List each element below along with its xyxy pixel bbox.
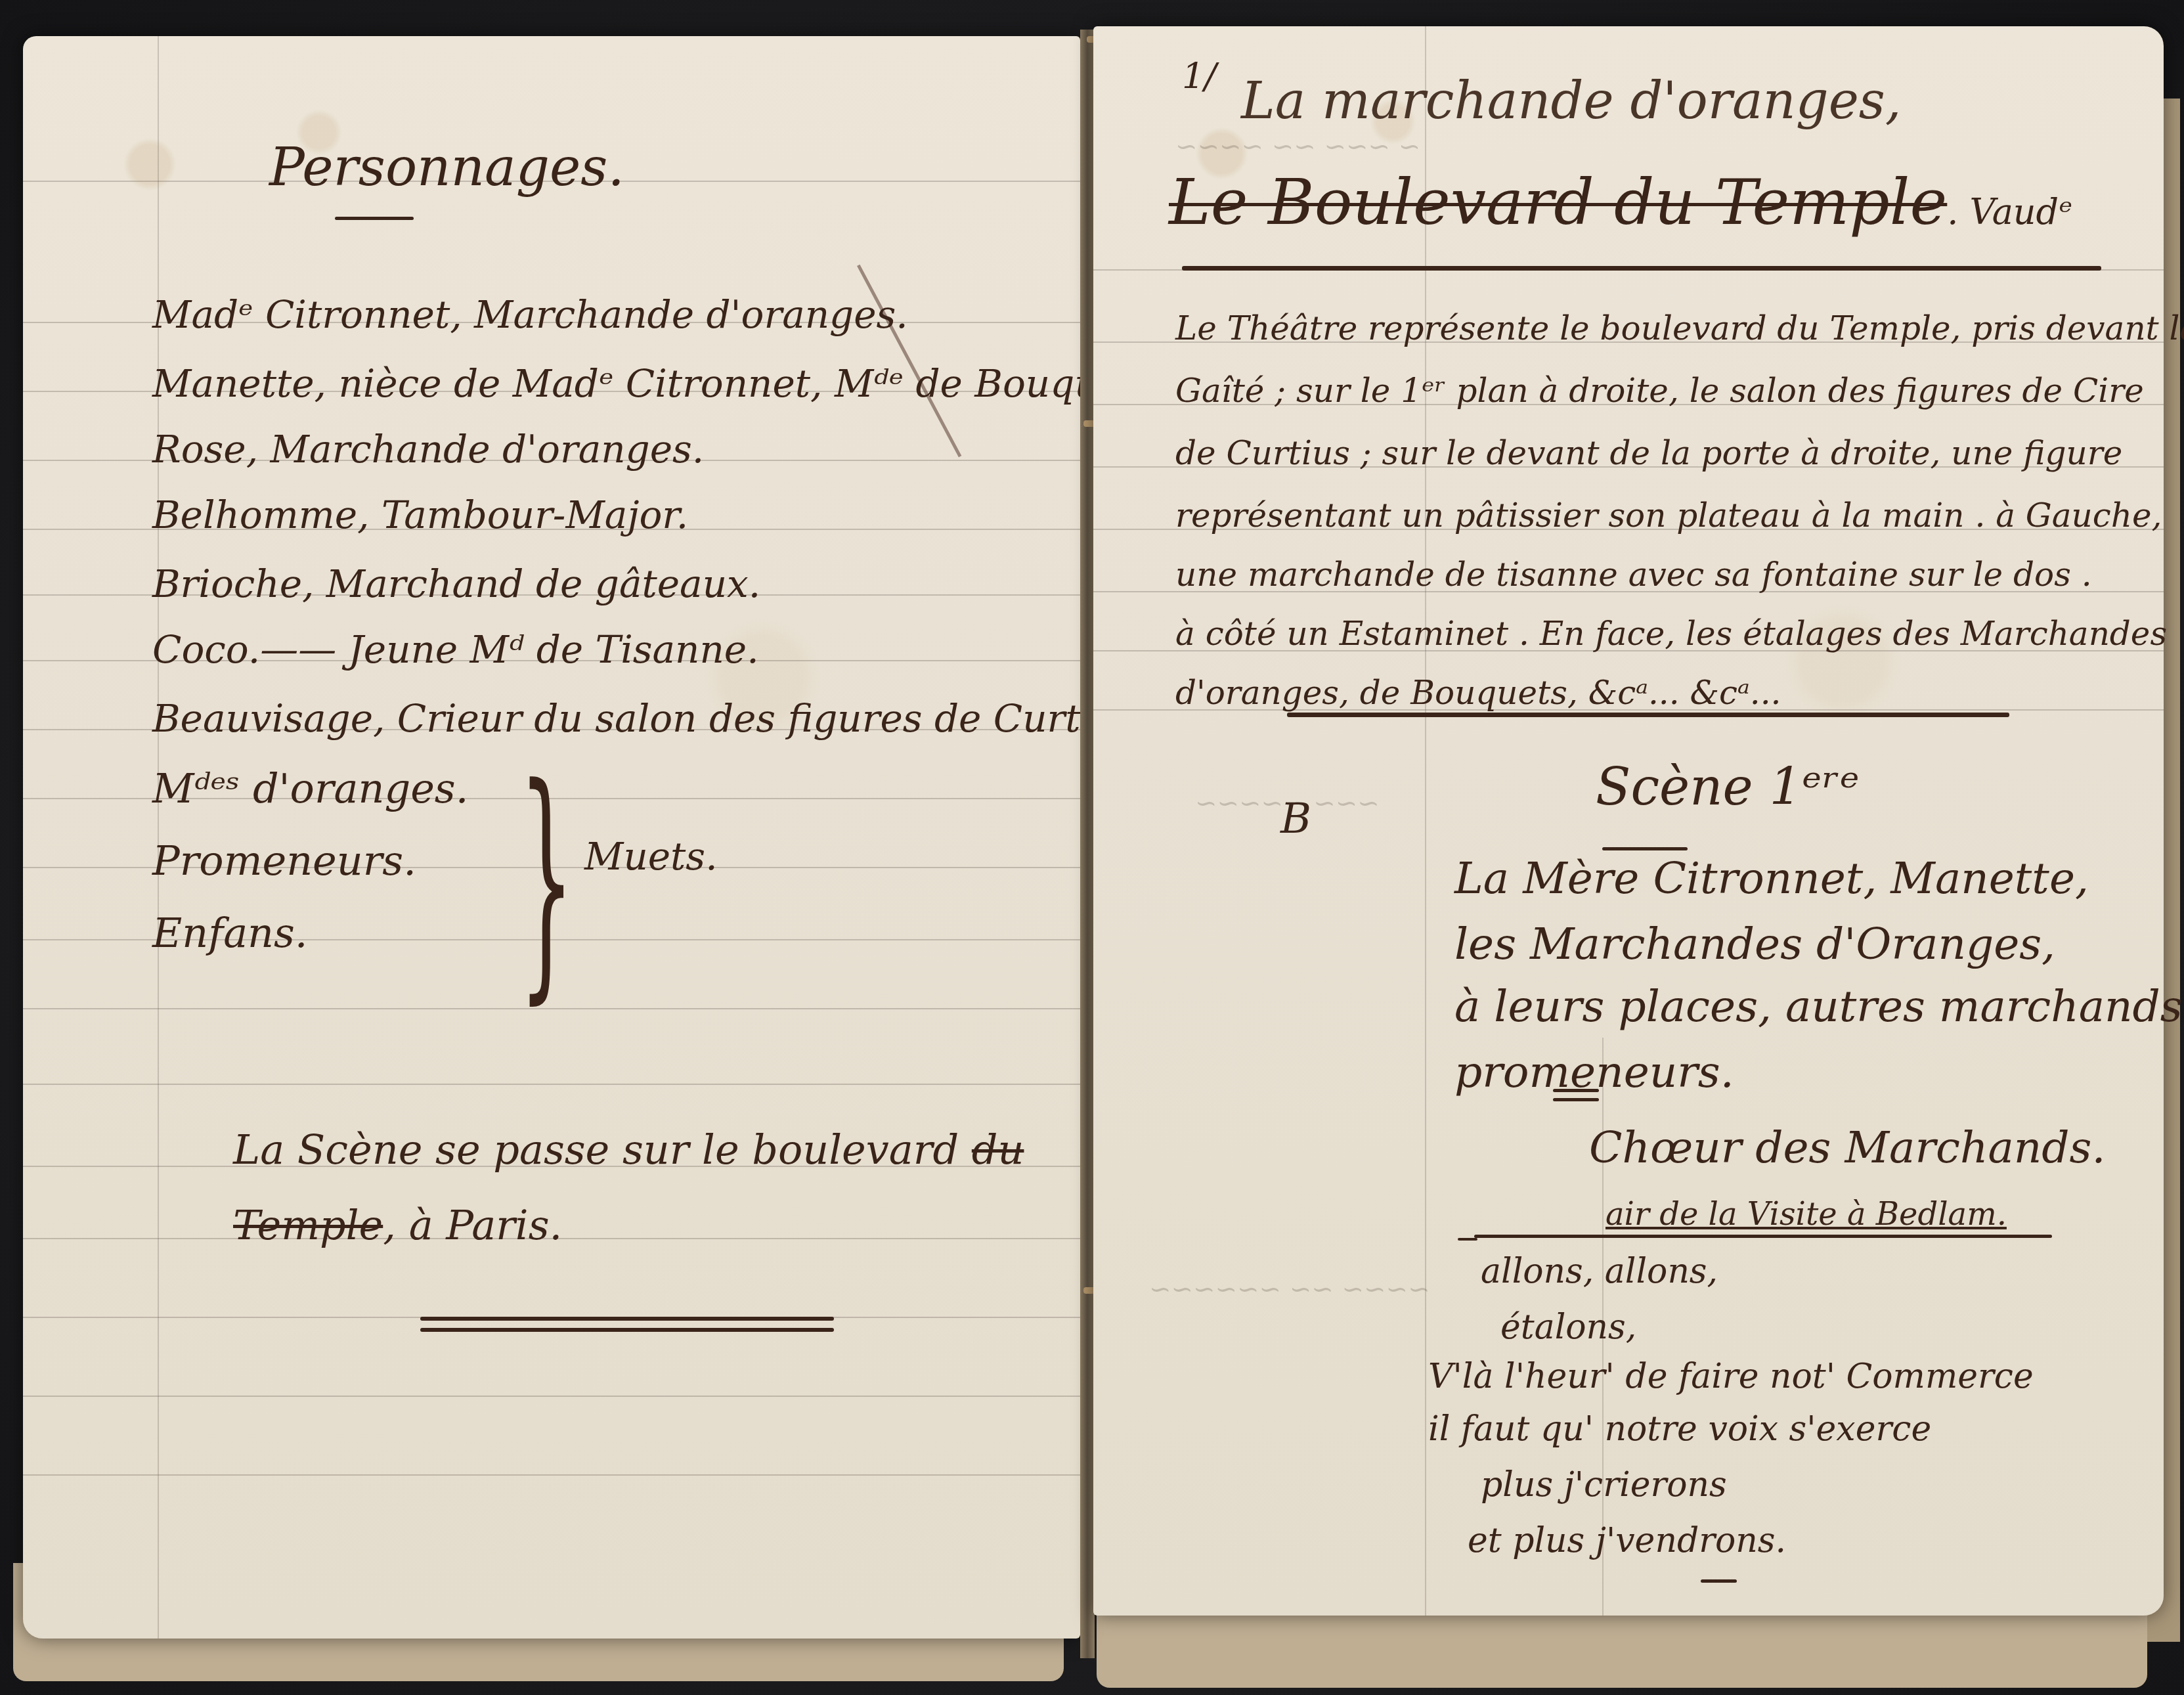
- mute-item: Promeneurs.: [152, 841, 416, 881]
- genre-label: . Vaudᵉ: [1947, 191, 2072, 232]
- lyric-line: et plus j'vendrons.: [1468, 1524, 1786, 1558]
- setting-note-line2: Temple, à Paris.: [233, 1205, 562, 1246]
- tune-indication: air de la Visite à Bedlam.: [1605, 1199, 2007, 1230]
- mute-item: Enfans.: [152, 913, 308, 954]
- tune-rule: [1474, 1235, 2052, 1238]
- folio-mark: 1/: [1182, 59, 1217, 95]
- double-rule-top: [420, 1317, 834, 1321]
- struck-word: du: [972, 1126, 1024, 1174]
- lyric-line: V'là l'heur' de faire not' Commerce: [1428, 1359, 2034, 1394]
- book-gutter: [1080, 30, 1095, 1658]
- grouping-brace: }: [519, 755, 575, 1005]
- mute-item: Mᵈᵉˢ d'oranges.: [152, 768, 468, 809]
- scene-cast-line: La Mère Citronnet, Manette,: [1454, 857, 2089, 900]
- mute-label: Muets.: [584, 837, 718, 875]
- double-dash-top: [1553, 1089, 1599, 1092]
- margin-line: [1425, 26, 1426, 1616]
- cast-entry: Rose, Marchande d'oranges.: [152, 430, 704, 468]
- setting-note: La Scène se passe sur le boulevard du: [233, 1130, 1024, 1170]
- character-role: , Crieur du salon des figures de Curtius…: [373, 696, 1149, 741]
- character-name: Madᵉ Citronnet: [152, 292, 450, 337]
- cast-entry: Coco.—— Jeune Mᵈ de Tisanne.: [152, 630, 759, 669]
- cast-entry: Beauvisage, Crieur du salon des figures …: [152, 699, 1149, 737]
- cast-heading: Personnages.: [269, 141, 624, 194]
- struck-title: Le Boulevard du Temple: [1169, 165, 1947, 239]
- manuscript-photo: Personnages. Madᵉ Citronnet, Marchande d…: [0, 0, 2184, 1695]
- cast-entry: Madᵉ Citronnet, Marchande d'oranges.: [152, 296, 908, 334]
- setting-text: La Scène se passe sur le boulevard: [233, 1126, 959, 1174]
- lyric-line: il faut qu' notre voix s'exerce: [1428, 1412, 1931, 1446]
- cast-entry: Brioche, Marchand de gâteaux.: [152, 565, 760, 603]
- ruled-line: [23, 1396, 1080, 1397]
- lyric-line: allons, allons,: [1481, 1254, 1718, 1288]
- ink-bleed-through: ~ ~~~ ~~ ~~~~: [1175, 131, 1420, 162]
- title-rule: [1182, 266, 2101, 271]
- double-rule-bottom: [420, 1328, 834, 1332]
- heading-underline: [335, 217, 414, 220]
- character-name: Coco.: [152, 627, 260, 672]
- description-line: Le Théâtre représente le boulevard du Te…: [1175, 312, 2184, 345]
- character-role: —— Jeune Mᵈ de Tisanne.: [260, 627, 758, 672]
- end-dash: [1701, 1579, 1737, 1583]
- description-line: à côté un Estaminet . En face, les étala…: [1175, 617, 2167, 650]
- lyric-line: plus j'crierons: [1481, 1468, 1727, 1502]
- scene-cast-line: à leurs places, autres marchands,: [1454, 985, 2184, 1028]
- description-line: d'oranges, de Bouquets, &cᵃ... &cᵃ...: [1175, 676, 1781, 709]
- paraph-mark: B: [1280, 795, 1311, 843]
- character-name: Beauvisage: [152, 696, 373, 741]
- character-name: Manette: [152, 361, 315, 406]
- original-title-line: Le Boulevard du Temple. Vaudᵉ: [1169, 171, 2072, 234]
- description-line: une marchande de tisanne avec sa fontain…: [1175, 558, 2092, 591]
- lyric-line: étalons,: [1500, 1310, 1636, 1344]
- verse-marker: [1458, 1238, 1477, 1241]
- description-line: de Curtius ; sur le devant de la porte à…: [1175, 437, 2122, 470]
- character-name: Rose: [152, 427, 246, 472]
- cast-entry: Belhomme, Tambour-Major.: [152, 496, 688, 534]
- cast-entry: Manette, nièce de Madᵉ Citronnet, Mᵈᵉ de…: [152, 364, 1169, 403]
- ruled-line: [23, 1084, 1080, 1085]
- struck-word: Temple: [233, 1201, 383, 1249]
- double-dash-bottom: [1553, 1098, 1599, 1101]
- ink-bleed-through: ~~~~ ~~ ~~~~~~: [1149, 1274, 1430, 1304]
- scene-underline: [1602, 847, 1688, 850]
- description-line: Gaîté ; sur le 1ᵉʳ plan à droite, le sal…: [1175, 374, 2144, 407]
- section-rule: [1287, 713, 2009, 717]
- character-name: Brioche: [152, 561, 302, 606]
- character-role: , Marchande d'oranges.: [246, 427, 705, 472]
- chorus-heading: Chœur des Marchands.: [1589, 1126, 2105, 1170]
- character-name: Belhomme: [152, 493, 357, 537]
- character-role: , Tambour-Major.: [357, 493, 688, 537]
- play-title: La marchande d'oranges,: [1241, 76, 1902, 127]
- setting-text: , à Paris.: [383, 1201, 562, 1249]
- scene-heading: Scène 1ᵉʳᵉ: [1596, 762, 1860, 813]
- scene-cast-line: promeneurs.: [1454, 1051, 1734, 1094]
- scene-cast-line: les Marchandes d'Oranges,: [1454, 923, 2055, 966]
- character-role: , Marchand de gâteaux.: [302, 561, 760, 606]
- ruled-line: [23, 1474, 1080, 1476]
- character-role: , nièce de Madᵉ Citronnet, Mᵈᵉ de Bouque…: [315, 361, 1169, 406]
- description-line: représentant un pâtissier son plateau à …: [1175, 499, 2162, 532]
- character-role: , Marchande d'oranges.: [450, 292, 908, 337]
